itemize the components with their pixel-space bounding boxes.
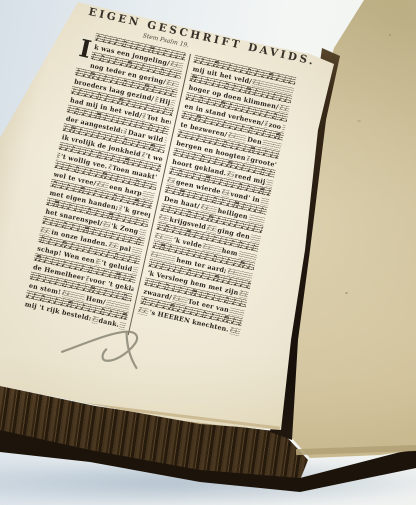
stave-gap-notes — [281, 125, 286, 133]
stave-gap-notes — [132, 267, 138, 275]
stave-gap-notes — [265, 179, 273, 187]
stave-gap-notes — [139, 229, 147, 237]
stave-gap-notes: ♪♩ — [229, 327, 241, 336]
stave-gap-notes — [277, 162, 280, 169]
book-photo-scene: EIGEN GESCHRIFT DAVIDS. Stem Psalm 19. ♪… — [0, 0, 416, 505]
foxing-speck — [389, 34, 391, 36]
stave-gap-notes — [163, 137, 167, 144]
page-content: EIGEN GESCHRIFT DAVIDS. Stem Psalm 19. ♪… — [22, 6, 312, 361]
foxing-speck — [345, 292, 348, 294]
foxing-speck — [357, 120, 361, 122]
stave-gap-notes — [171, 100, 176, 108]
